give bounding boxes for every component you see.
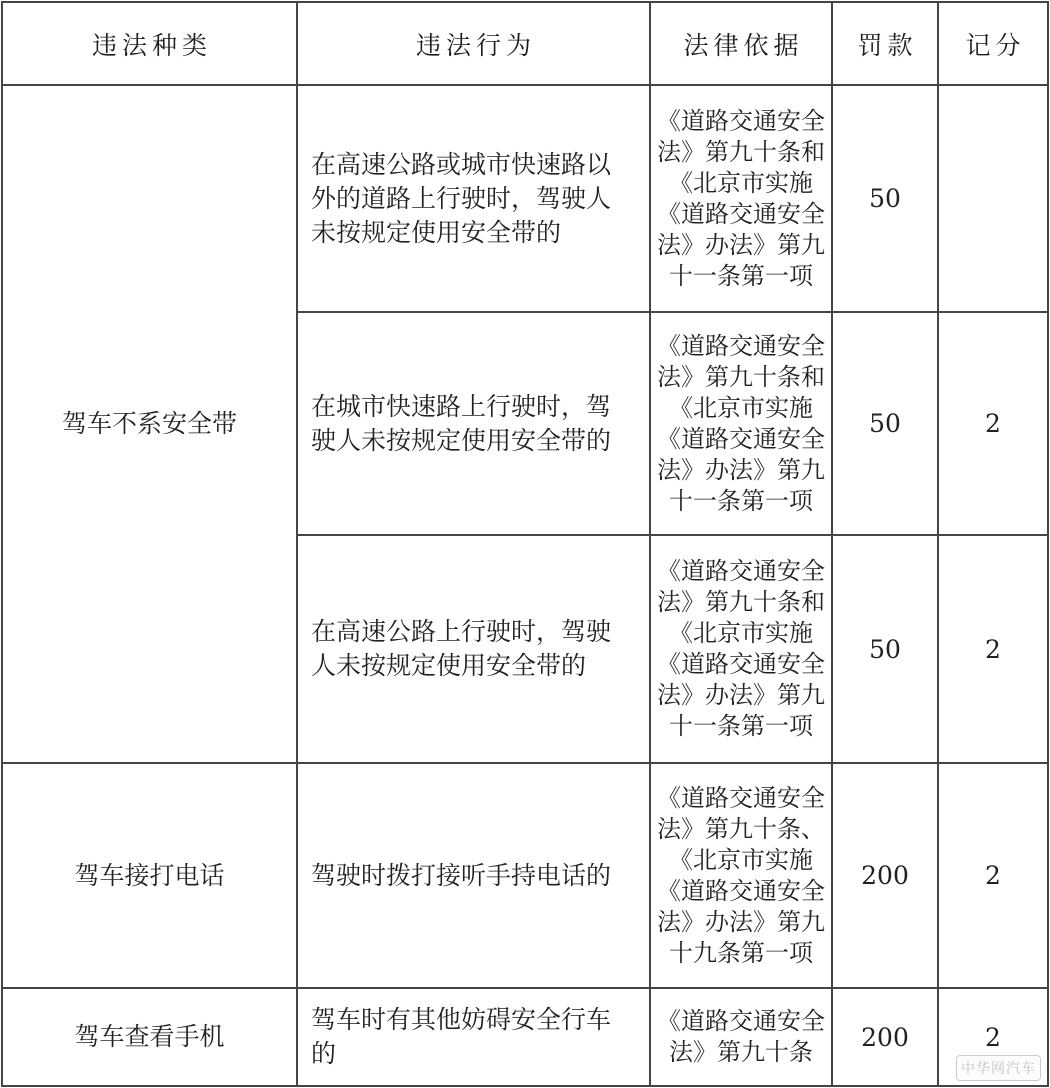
- site-watermark-badge: 中华网汽车: [956, 1055, 1041, 1081]
- legal-basis-cell: 《道路交通安全法》第九十条: [650, 988, 832, 1086]
- category-cell-phone-call: 驾车接打电话: [2, 763, 297, 988]
- legal-basis-cell: 《道路交通安全法》第九十条和《北京市实施《道路交通安全法》办法》第九十一条第一项: [650, 312, 832, 535]
- category-cell-seatbelt: 驾车不系安全带: [2, 85, 297, 763]
- col-header-behavior: 违法行为: [297, 2, 650, 85]
- category-cell-phone-look: 驾车查看手机: [2, 988, 297, 1086]
- behavior-cell: 在高速公路或城市快速路以外的道路上行驶时，驾驶人未按规定使用安全带的: [297, 85, 650, 312]
- col-header-legal-basis: 法律依据: [650, 2, 832, 85]
- legal-basis-cell: 《道路交通安全法》第九十条和《北京市实施《道路交通安全法》办法》第九十一条第一项: [650, 535, 832, 763]
- fine-cell: 50: [832, 85, 938, 312]
- table-row: 驾车接打电话 驾驶时拨打接听手持电话的 《道路交通安全法》第九十条、《北京市实施…: [2, 763, 1048, 988]
- legal-basis-cell: 《道路交通安全法》第九十条和《北京市实施《道路交通安全法》办法》第九十一条第一项: [650, 85, 832, 312]
- fine-cell: 200: [832, 988, 938, 1086]
- fine-cell: 50: [832, 535, 938, 763]
- points-cell: 2: [938, 312, 1048, 535]
- col-header-points: 记分: [938, 2, 1048, 85]
- table-row: 驾车不系安全带 在高速公路或城市快速路以外的道路上行驶时，驾驶人未按规定使用安全…: [2, 85, 1048, 312]
- violations-table: 违法种类 违法行为 法律依据 罚款 记分 驾车不系安全带 在高速公路或城市快速路…: [1, 1, 1049, 1087]
- behavior-cell: 在高速公路上行驶时，驾驶人未按规定使用安全带的: [297, 535, 650, 763]
- points-cell: [938, 85, 1048, 312]
- fine-cell: 200: [832, 763, 938, 988]
- col-header-category: 违法种类: [2, 2, 297, 85]
- header-row: 违法种类 违法行为 法律依据 罚款 记分: [2, 2, 1048, 85]
- col-header-fine: 罚款: [832, 2, 938, 85]
- behavior-cell: 驾车时有其他妨碍安全行车的: [297, 988, 650, 1086]
- behavior-cell: 驾驶时拨打接听手持电话的: [297, 763, 650, 988]
- legal-basis-cell: 《道路交通安全法》第九十条、《北京市实施《道路交通安全法》办法》第九十九条第一项: [650, 763, 832, 988]
- fine-cell: 50: [832, 312, 938, 535]
- points-cell: 2: [938, 763, 1048, 988]
- points-cell: 2: [938, 535, 1048, 763]
- behavior-cell: 在城市快速路上行驶时，驾驶人未按规定使用安全带的: [297, 312, 650, 535]
- table-row: 驾车查看手机 驾车时有其他妨碍安全行车的 《道路交通安全法》第九十条 200 2: [2, 988, 1048, 1086]
